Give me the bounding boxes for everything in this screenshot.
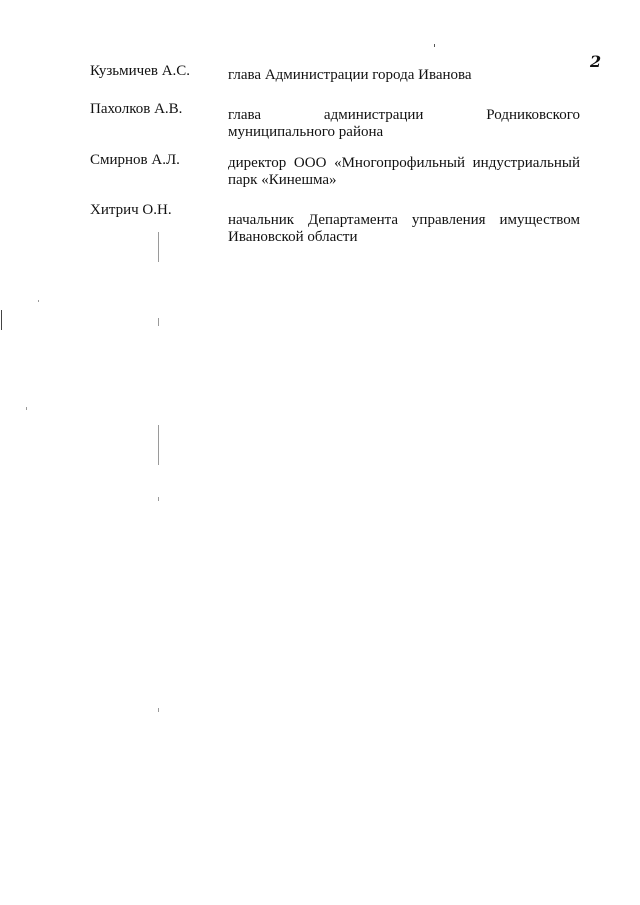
- member-role: глава Администрации города Иванова: [228, 67, 580, 84]
- scan-artifact: [158, 497, 159, 501]
- scan-artifact: [158, 232, 159, 262]
- member-role: глава администрации Родниковского муници…: [228, 107, 580, 141]
- member-role: директор ООО «Многопрофильный индустриал…: [228, 155, 580, 189]
- scan-artifact: [158, 425, 159, 465]
- member-name: Смирнов А.Л.: [90, 152, 180, 169]
- member-role-line: муниципального района: [228, 124, 580, 141]
- scan-artifact: [158, 708, 159, 712]
- scan-artifact: [158, 318, 159, 326]
- scan-artifact: [38, 300, 39, 302]
- member-role-line: парк «Кинешма»: [228, 172, 580, 189]
- scan-artifact: [434, 44, 435, 47]
- member-name: Кузьмичев А.С.: [90, 63, 190, 80]
- scan-artifact: [26, 407, 27, 410]
- member-role-line: директор ООО «Многопрофильный индустриал…: [228, 155, 580, 172]
- page-number: 2: [590, 52, 601, 71]
- member-name: Пахолков А.В.: [90, 101, 182, 118]
- member-role-line: глава администрации Родниковского: [228, 107, 580, 124]
- scan-artifact: [1, 310, 2, 330]
- member-name: Хитрич О.Н.: [90, 202, 172, 219]
- member-role: начальник Департамента управления имущес…: [228, 212, 580, 246]
- member-role-line: начальник Департамента управления имущес…: [228, 212, 580, 229]
- document-page: 2 Кузьмичев А.С. глава Администрации гор…: [0, 0, 640, 905]
- member-role-line: глава Администрации города Иванова: [228, 67, 580, 84]
- member-role-line: Ивановской области: [228, 229, 580, 246]
